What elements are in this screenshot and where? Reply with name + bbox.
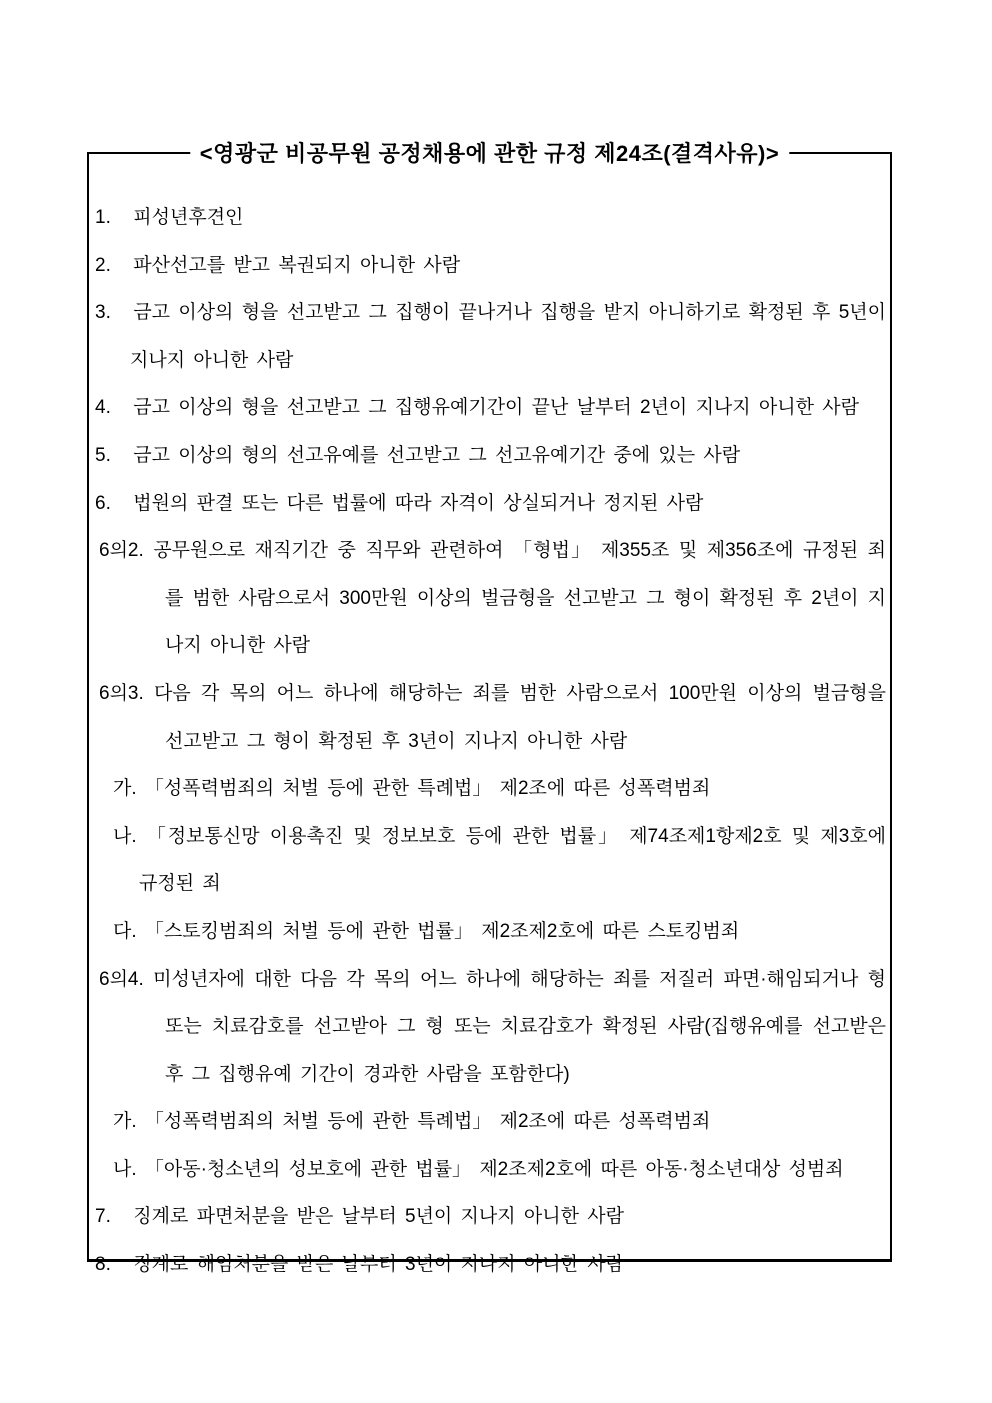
list-item: 다. 「스토킹범죄의 처벌 등에 관한 법률」 제2조제2호에 따른 스토킹범죄: [95, 908, 886, 956]
item-text: 다음 각 목의 어느 하나에 해당하는 죄를 범한 사람으로서 100만원 이상…: [154, 683, 886, 752]
list-item: 가. 「성폭력범죄의 처벌 등에 관한 특례법」 제2조에 따른 성폭력범죄: [95, 1098, 886, 1146]
item-label: 나.: [113, 826, 137, 847]
list-item: 6의3. 다음 각 목의 어느 하나에 해당하는 죄를 범한 사람으로서 100…: [95, 670, 886, 765]
item-label: 2.: [95, 242, 125, 290]
item-text: 금고 이상의 형의 선고유예를 선고받고 그 선고유예기간 중에 있는 사람: [133, 445, 740, 466]
item-label: 1.: [95, 194, 125, 242]
item-text: 「성폭력범죄의 처벌 등에 관한 특례법」 제2조에 따른 성폭력범죄: [145, 778, 710, 799]
list-item: 나. 「정보통신망 이용촉진 및 정보보호 등에 관한 법률」 제74조제1항제…: [95, 813, 886, 908]
item-text: 「정보통신망 이용촉진 및 정보보호 등에 관한 법률」 제74조제1항제2호 …: [139, 826, 886, 895]
item-text: 공무원으로 재직기간 중 직무와 관련하여 「형법」 제355조 및 제356조…: [153, 540, 886, 656]
list-item: 6. 법원의 판결 또는 다른 법률에 따라 자격이 상실되거나 정지된 사람: [95, 480, 886, 528]
item-label: 8.: [95, 1241, 125, 1289]
item-text: 금고 이상의 형을 선고받고 그 집행이 끝나거나 집행을 받지 아니하기로 확…: [130, 302, 886, 371]
list-item: 3. 금고 이상의 형을 선고받고 그 집행이 끝나거나 집행을 받지 아니하기…: [95, 289, 886, 384]
item-label: 3.: [95, 289, 125, 337]
item-label: 6의2.: [99, 540, 144, 561]
item-label: 6의3.: [99, 683, 144, 704]
item-label: 6.: [95, 480, 125, 528]
list-item: 6의2. 공무원으로 재직기간 중 직무와 관련하여 「형법」 제355조 및 …: [95, 527, 886, 670]
item-text: 법원의 판결 또는 다른 법률에 따라 자격이 상실되거나 정지된 사람: [133, 493, 703, 514]
item-text: 「스토킹범죄의 처벌 등에 관한 법률」 제2조제2호에 따른 스토킹범죄: [145, 921, 739, 942]
regulation-box: <영광군 비공무원 공정채용에 관한 규정 제24조(결격사유)> 1. 피성년…: [87, 152, 892, 1262]
item-text: 「아동·청소년의 성보호에 관한 법률」 제2조제2호에 따른 아동·청소년대상…: [145, 1159, 844, 1180]
item-text: 징계로 파면처분을 받은 날부터 5년이 지나지 아니한 사람: [133, 1206, 624, 1227]
list-item: 8. 징계로 해임처분을 받은 날부터 3년이 지나지 아니한 사람: [95, 1241, 886, 1289]
item-label: 5.: [95, 432, 125, 480]
item-text: 「성폭력범죄의 처벌 등에 관한 특례법」 제2조에 따른 성폭력범죄: [145, 1111, 710, 1132]
list-item: 가. 「성폭력범죄의 처벌 등에 관한 특례법」 제2조에 따른 성폭력범죄: [95, 765, 886, 813]
item-text: 파산선고를 받고 복권되지 아니한 사람: [133, 255, 460, 276]
list-item: 7. 징계로 파면처분을 받은 날부터 5년이 지나지 아니한 사람: [95, 1193, 886, 1241]
list-item: 나. 「아동·청소년의 성보호에 관한 법률」 제2조제2호에 따른 아동·청소…: [95, 1146, 886, 1194]
item-label: 6의4.: [99, 969, 144, 990]
item-label: 나.: [113, 1159, 137, 1180]
clause-list: 1. 피성년후견인2. 파산선고를 받고 복권되지 아니한 사람3. 금고 이상…: [89, 154, 890, 1289]
item-text: 미성년자에 대한 다음 각 목의 어느 하나에 해당하는 죄를 저질러 파면·해…: [153, 969, 886, 1085]
document-title: <영광군 비공무원 공정채용에 관한 규정 제24조(결격사유)>: [190, 141, 789, 167]
item-text: 피성년후견인: [133, 207, 243, 228]
item-label: 가.: [113, 1111, 137, 1132]
list-item: 4. 금고 이상의 형을 선고받고 그 집행유예기간이 끝난 날부터 2년이 지…: [95, 384, 886, 432]
list-item: 5. 금고 이상의 형의 선고유예를 선고받고 그 선고유예기간 중에 있는 사…: [95, 432, 886, 480]
item-label: 7.: [95, 1193, 125, 1241]
item-label: 다.: [113, 921, 137, 942]
item-text: 징계로 해임처분을 받은 날부터 3년이 지나지 아니한 사람: [133, 1254, 624, 1275]
list-item: 2. 파산선고를 받고 복권되지 아니한 사람: [95, 242, 886, 290]
item-label: 가.: [113, 778, 137, 799]
item-text: 금고 이상의 형을 선고받고 그 집행유예기간이 끝난 날부터 2년이 지나지 …: [133, 397, 859, 418]
item-label: 4.: [95, 384, 125, 432]
list-item: 1. 피성년후견인: [95, 194, 886, 242]
list-item: 6의4. 미성년자에 대한 다음 각 목의 어느 하나에 해당하는 죄를 저질러…: [95, 956, 886, 1099]
